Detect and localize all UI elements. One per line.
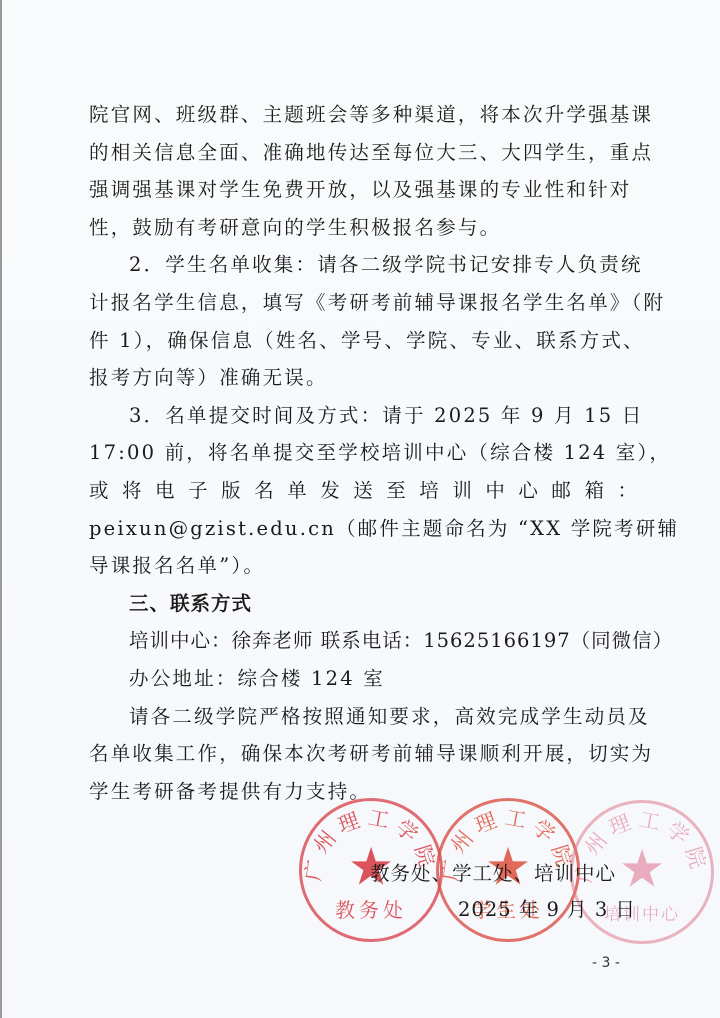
text-line: 2．学生名单收集：请各二级学院书记安排专人负责统 (89, 246, 637, 284)
signature-organizations: 教务处、学工处、培训中心 (370, 858, 616, 886)
document-page: 院官网、班级群、主题班会等多种渠道，将本次升学强基课 的相关信息全面、准确地传达… (0, 0, 720, 1018)
text-line: 请各二级学院严格按照通知要求，高效完成学生动员及 (89, 698, 637, 736)
page-number: - 3 - (592, 955, 620, 971)
text-line: 或将电子版名单发送至培训中心邮箱： (89, 472, 637, 510)
text-line: 导课报名名单”）。 (89, 547, 637, 585)
text-line: 院官网、班级群、主题班会等多种渠道，将本次升学强基课 (89, 96, 637, 134)
text-line: 报考方向等）准确无误。 (89, 359, 637, 397)
seal-subtitle: 教务处 (302, 894, 440, 923)
text-line: 计报名学生信息，填写《考研考前辅导课报名学生名单》（附 (89, 284, 637, 322)
document-body: 院官网、班级群、主题班会等多种渠道，将本次升学强基课 的相关信息全面、准确地传达… (89, 96, 637, 810)
text-line: 名单收集工作，确保本次考研考前辅导课顺利开展，切实为 (89, 735, 637, 773)
address-line: 办公地址：综合楼 124 室 (89, 660, 637, 698)
contact-line: 培训中心：徐奔老师 联系电话：15625166197（同微信） (89, 622, 637, 660)
text-line: 3．名单提交时间及方式：请于 2025 年 9 月 15 日 (89, 397, 637, 435)
text-line: 强调强基课对学生免费开放，以及强基课的专业性和针对 (89, 171, 637, 209)
signature-date: 2025 年 9 月 3 日 (458, 894, 636, 922)
section-heading: 三、联系方式 (89, 585, 637, 623)
text-line: 的相关信息全面、准确地传达至每位大三、大四学生，重点 (89, 134, 637, 172)
email-line: peixun@gzist.edu.cn（邮件主题命名为 “XX 学院考研辅 (89, 510, 637, 548)
text-line: 性，鼓励有考研意向的学生积极报名参与。 (89, 209, 637, 247)
star-icon: ★ (619, 843, 666, 895)
text-line: 17:00 前，将名单提交至学校培训中心（综合楼 124 室）， (89, 434, 637, 472)
text-line: 件 1），确保信息（姓名、学号、学院、专业、联系方式、 (89, 322, 637, 360)
